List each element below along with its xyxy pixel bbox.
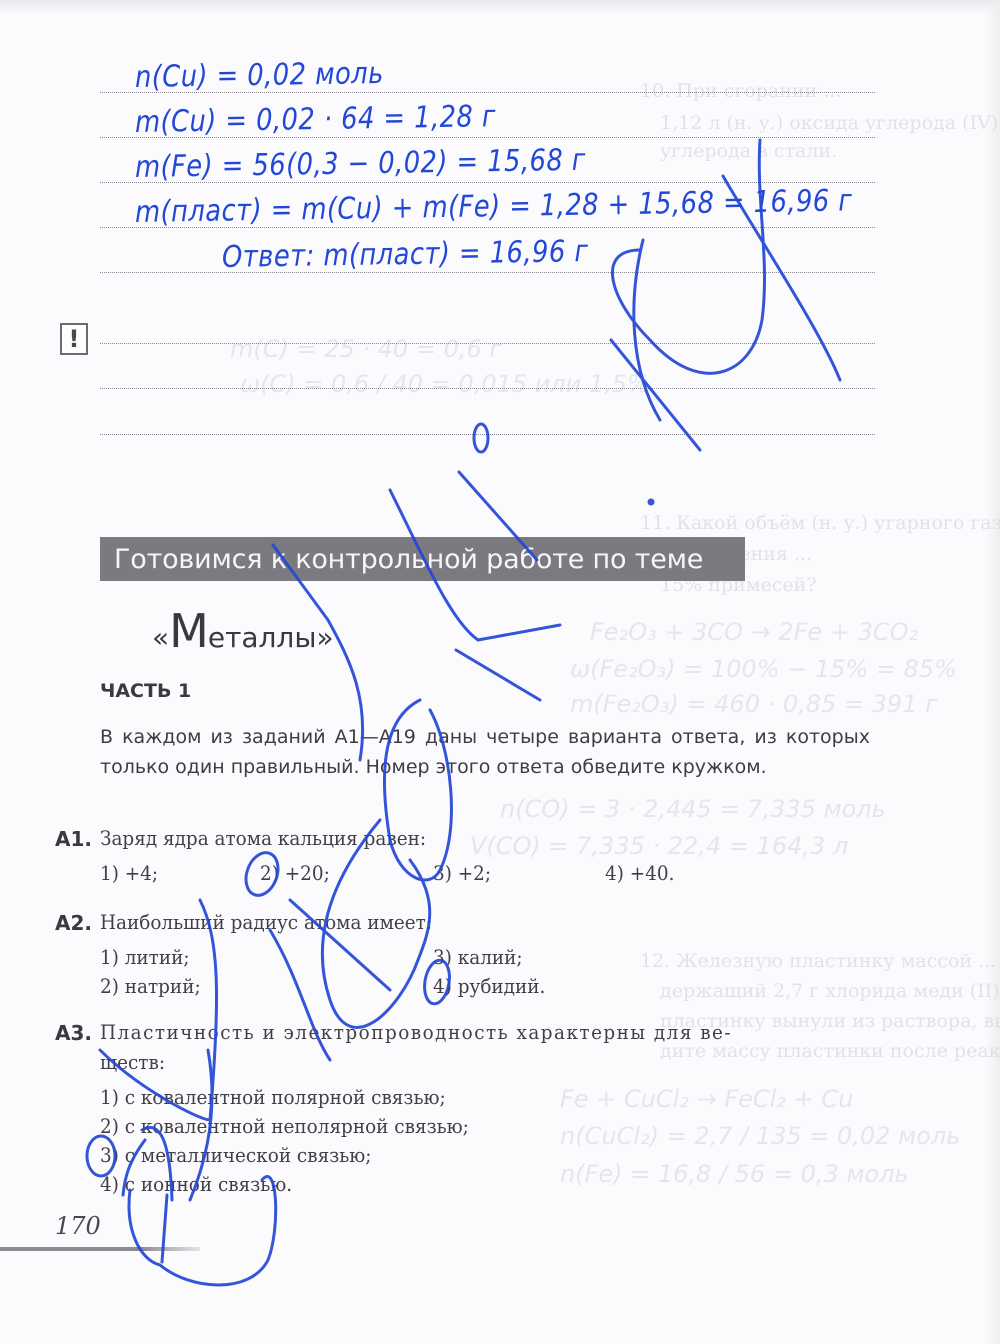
question-number: А2.	[55, 911, 92, 935]
answer-option[interactable]: 2) +20;	[260, 861, 330, 885]
answer-option[interactable]: 3) калий;	[433, 945, 523, 969]
ghost-handwriting: m(Fe₂O₃) = 460 · 0,85 = 391 г	[570, 690, 938, 718]
writing-line	[100, 388, 875, 389]
page-footer-rule	[0, 1247, 200, 1251]
writing-line	[100, 343, 875, 344]
question-number: А1.	[55, 827, 92, 851]
question-text: Наибольший радиус атома имеет:	[100, 910, 432, 934]
ink-dot	[649, 500, 653, 504]
answer-option[interactable]: 1) с ковалентной полярной связью;	[100, 1085, 446, 1109]
ghost-line: держащий 2,7 г хлорида меди (II). После …	[660, 980, 1000, 1002]
answer-option[interactable]: 4) рубидий.	[433, 974, 545, 998]
small-circle-mark	[474, 424, 488, 452]
ghost-handwriting: n(CO) = 3 · 2,445 = 7,335 моль	[500, 795, 886, 823]
question-number: А3.	[55, 1021, 92, 1045]
answer-option[interactable]: 1) +4;	[100, 861, 158, 885]
scan-right-edge	[985, 0, 1000, 1344]
writing-line	[100, 434, 875, 435]
solution-line: Ответ: m(пласт) = 16,96 г	[222, 234, 589, 275]
scribble-stroke	[456, 650, 540, 700]
answer-option[interactable]: 1) литий;	[100, 945, 190, 969]
scan-top-edge	[0, 0, 1000, 14]
writing-line	[100, 272, 875, 273]
topic-rest: еталлы	[208, 621, 317, 654]
ghost-handwriting: V(CO) = 7,335 · 22,4 = 164,3 л	[470, 832, 848, 860]
ghost-line: 11. Какой объём (н. у.) угарного газа не…	[640, 512, 1000, 534]
part-title: ЧАСТЬ 1	[100, 680, 191, 702]
workbook-page: 10. При сгорании ... 1,12 л (н. у.) окси…	[0, 0, 1000, 1344]
answer-option[interactable]: 4) с ионной связью.	[100, 1172, 292, 1196]
ghost-handwriting: Fe₂O₃ + 3CO → 2Fe + 3CO₂	[590, 618, 918, 646]
ghost-handwriting: ω(C) = 0,6 / 40 = 0,015 или 1,5%	[240, 370, 650, 398]
answer-option[interactable]: 3) +2;	[433, 861, 491, 885]
question-text: Пластичность и электропроводность характ…	[100, 1020, 732, 1044]
answer-option[interactable]: 3) с металлической связью;	[100, 1143, 371, 1167]
topic-close-quote: »	[316, 621, 333, 654]
topic-title: « М еталлы »	[152, 604, 334, 658]
ghost-line: 1,12 л (н. у.) оксида углерода (IV). Выч…	[660, 112, 1000, 134]
ghost-line: 10. При сгорании ...	[640, 80, 841, 102]
answer-option[interactable]: 2) натрий;	[100, 974, 201, 998]
scribble-stroke	[162, 1195, 167, 1262]
question-text: Заряд ядра атома кальция равен:	[100, 826, 426, 850]
section-banner: Готовимся к контрольной работе по теме	[100, 537, 745, 581]
ghost-line: углерода в стали.	[660, 140, 837, 162]
ghost-handwriting: n(Fe) = 16,8 / 56 = 0,3 моль	[560, 1160, 909, 1188]
solution-line: m(Fe) = 56(0,3 − 0,02) = 15,68 г	[135, 143, 586, 185]
answer-option[interactable]: 2) с ковалентной неполярной связью;	[100, 1114, 469, 1138]
ghost-handwriting: Fe + CuCl₂ → FeCl₂ + Cu	[560, 1085, 853, 1113]
part-instructions: В каждом из заданий А1—А19 даны четыре в…	[100, 722, 870, 782]
scribble-stroke	[612, 140, 764, 373]
ghost-handwriting: m(C) = 25 · 40 = 0,6 г	[230, 335, 502, 363]
ghost-line: 12. Железную пластинку массой ... опусти…	[640, 950, 1000, 972]
solution-line: n(Cu) = 0,02 моль	[135, 56, 384, 95]
answer-option[interactable]: 4) +40.	[605, 861, 674, 885]
topic-open-quote: «	[152, 621, 169, 654]
ghost-handwriting: n(CuCl₂) = 2,7 / 135 = 0,02 моль	[560, 1122, 960, 1150]
topic-initial: М	[169, 604, 208, 658]
page-number: 170	[55, 1212, 101, 1240]
attention-icon: !	[60, 323, 88, 355]
ghost-handwriting: ω(Fe₂O₃) = 100% − 15% = 85%	[570, 655, 957, 683]
solution-line: m(Cu) = 0,02 · 64 = 1,28 г	[135, 99, 496, 140]
solution-line: m(пласт) = m(Cu) + m(Fe) = 1,28 + 15,68 …	[135, 183, 853, 230]
question-text-cont: ществ:	[100, 1050, 165, 1074]
